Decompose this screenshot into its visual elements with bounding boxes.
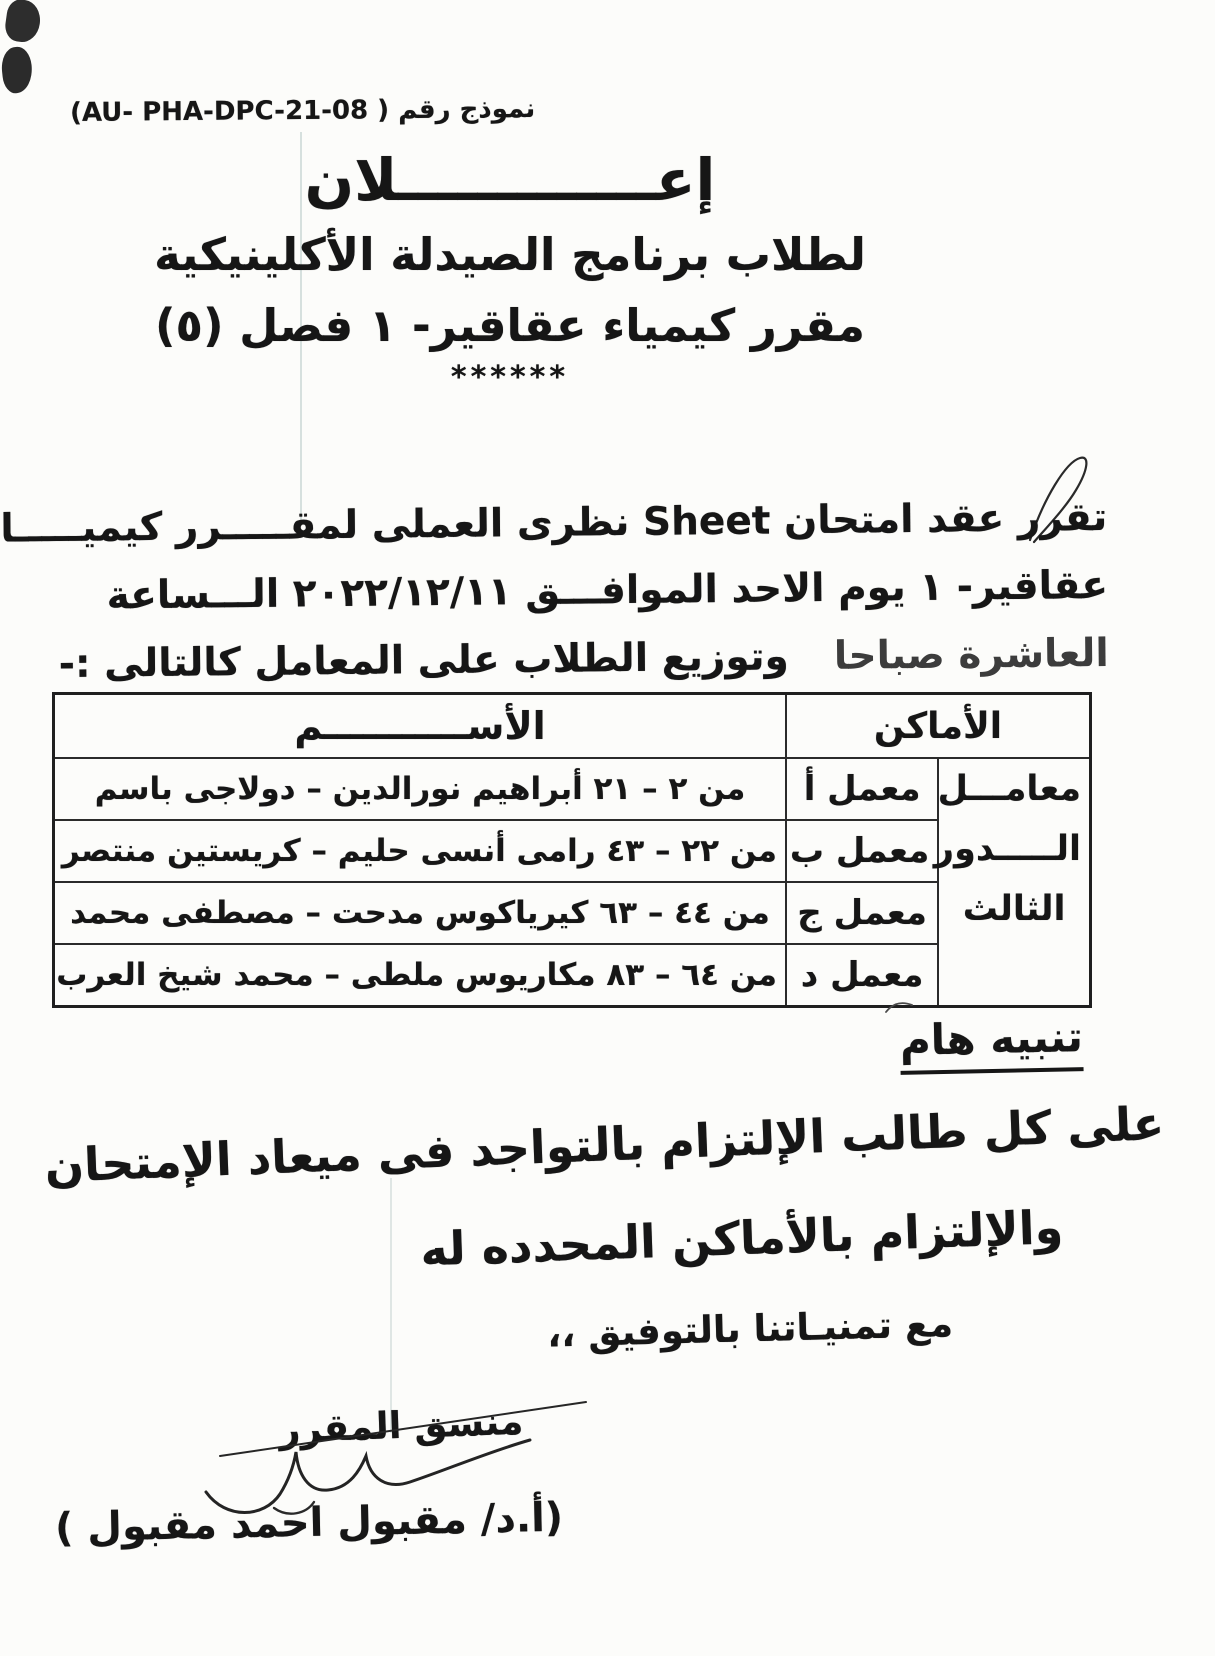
- form-number: نموذج رقم ( AU- PHA-DPC-21-08): [70, 94, 535, 128]
- intro-line-2: عقاقير- ١ يوم الاحد الموافـــق ٢٠٢٢/١٢/١…: [58, 552, 1109, 631]
- table-row: معمل د من ٦٤ – ٨٣ مكاريوس ملطى – محمد شي…: [54, 944, 1091, 1007]
- notice-line-2: والإلتزام بالأماكن المحدده له: [419, 1200, 1064, 1276]
- table-row: معامـــل الـــــدور الثالث معمل أ من ٢ –…: [54, 758, 1091, 820]
- lab-cell: معمل ب: [786, 820, 938, 882]
- names-cell: من ٤٤ – ٦٣ كيرياكوس مدحت – مصطفى محمد: [54, 882, 787, 944]
- lab-group-cell: معامـــل الـــــدور الثالث: [938, 758, 1090, 1007]
- group-label-line: معامـــل: [947, 759, 1081, 819]
- announcement-title: إعـــــــــــــلان: [140, 142, 880, 218]
- stars-separator: ******: [140, 360, 880, 396]
- notice-heading: تنبيه هام: [899, 1012, 1083, 1075]
- table-header-row: الأماكن الأســـــــــــم: [54, 694, 1091, 759]
- names-cell: من ٢ – ٢١ أبراهيم نورالدين – دولاجى باسم: [54, 758, 787, 820]
- intro-line-3: العاشرة صباحا وتوزيع الطلاب على المعامل …: [58, 620, 1109, 699]
- intro-line-1: تقرر عقد امتحان Sheet نظرى العملى لمقـــ…: [57, 484, 1108, 563]
- group-label-line: الثالث: [947, 879, 1081, 939]
- title-program-line: لطلاب برنامج الصيدلة الأكلينيكية: [140, 222, 880, 288]
- lab-cell: معمل أ: [786, 758, 938, 820]
- scan-artifact-blob: [3, 0, 43, 44]
- exam-table: الأماكن الأســـــــــــم معامـــل الــــ…: [52, 692, 1092, 1008]
- scanned-announcement-page: نموذج رقم ( AU- PHA-DPC-21-08) إعـــــــ…: [0, 0, 1215, 1656]
- table-header-places: الأماكن: [786, 694, 1091, 759]
- names-cell: من ٦٤ – ٨٣ مكاريوس ملطى – محمد شيخ العرب: [54, 944, 787, 1007]
- intro-line-3-end: وتوزيع الطلاب على المعامل كالتالى :-: [58, 623, 789, 699]
- names-cell: من ٢٢ – ٤٣ رامى أنسى حليم – كريستين منتص…: [54, 820, 787, 882]
- coordinator-name: (أ.د/ مقبول احمد مقبول ): [54, 1495, 563, 1552]
- title-block: إعـــــــــــــلان لطلاب برنامج الصيدلة …: [140, 142, 880, 396]
- closing-wishes: مع تمنيـاتنا بالتوفيق ،،: [547, 1302, 954, 1356]
- table-header-name: الأســـــــــــم: [54, 694, 787, 759]
- notice-line-1: على كل طالب الإلتزام بالتواجد فى ميعاد ا…: [62, 1096, 1165, 1192]
- group-label-line: الـــــدور: [947, 819, 1081, 879]
- intro-paragraph: تقرر عقد امتحان Sheet نظرى العملى لمقـــ…: [57, 484, 1109, 699]
- title-course-line: مقرر كيمياء عقاقير- ١ فصل (٥): [140, 294, 880, 358]
- lab-cell: معمل ج: [786, 882, 938, 944]
- scan-artifact-blob: [0, 46, 34, 95]
- intro-line-3-start: العاشرة صباحا: [833, 620, 1109, 691]
- table-row: معمل ج من ٤٤ – ٦٣ كيرياكوس مدحت – مصطفى …: [54, 882, 1091, 944]
